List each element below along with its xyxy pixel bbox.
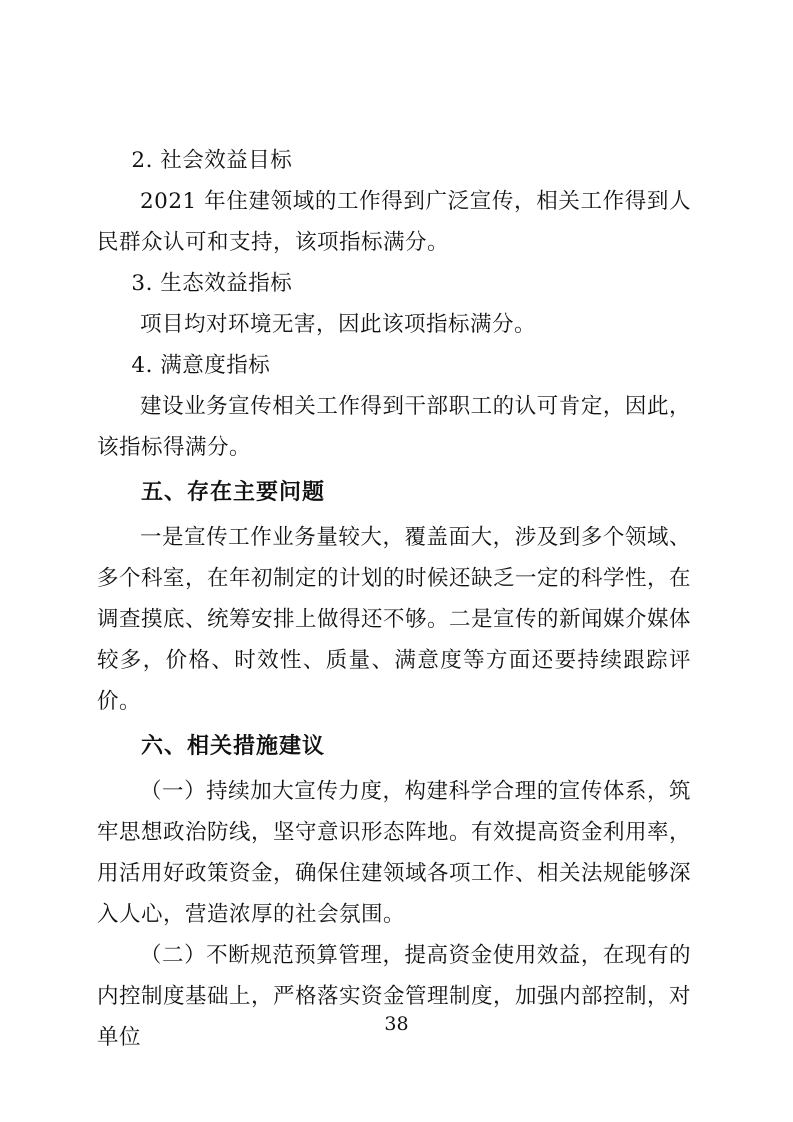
section-heading-suggestions: 六、相关措施建议 [97,726,691,767]
page-number: 38 [384,1013,408,1035]
paragraph-ecological-benefit: 项目均对环境无害，因此该项指标满分。 [97,304,691,345]
document-page: 2. 社会效益目标 2021 年住建领域的工作得到广泛宣传，相关工作得到人民群众… [0,0,793,1122]
page-footer: 38 [0,1012,793,1036]
sub-heading-satisfaction: 4. 满意度指标 [97,345,691,386]
paragraph-suggestion-2: （二）不断规范预算管理，提高资金使用效益，在现有的内控制度基础上，严格落实资金管… [97,935,691,1058]
paragraph-suggestion-1: （一）持续加大宣传力度，构建科学合理的宣传体系，筑牢思想政治防线，坚守意识形态阵… [97,771,691,935]
sub-heading-social-benefit: 2. 社会效益目标 [97,140,691,181]
section-heading-main-problems: 五、存在主要问题 [97,472,691,513]
document-body: 2. 社会效益目标 2021 年住建领域的工作得到广泛宣传，相关工作得到人民群众… [97,140,691,1058]
sub-heading-ecological-benefit: 3. 生态效益指标 [97,263,691,304]
paragraph-main-problems: 一是宣传工作业务量较大，覆盖面大，涉及到多个领域、多个科室，在年初制定的计划的时… [97,517,691,722]
paragraph-social-benefit: 2021 年住建领域的工作得到广泛宣传，相关工作得到人民群众认可和支持，该项指标… [97,181,691,263]
paragraph-satisfaction: 建设业务宣传相关工作得到干部职工的认可肯定，因此，该指标得满分。 [97,386,691,468]
